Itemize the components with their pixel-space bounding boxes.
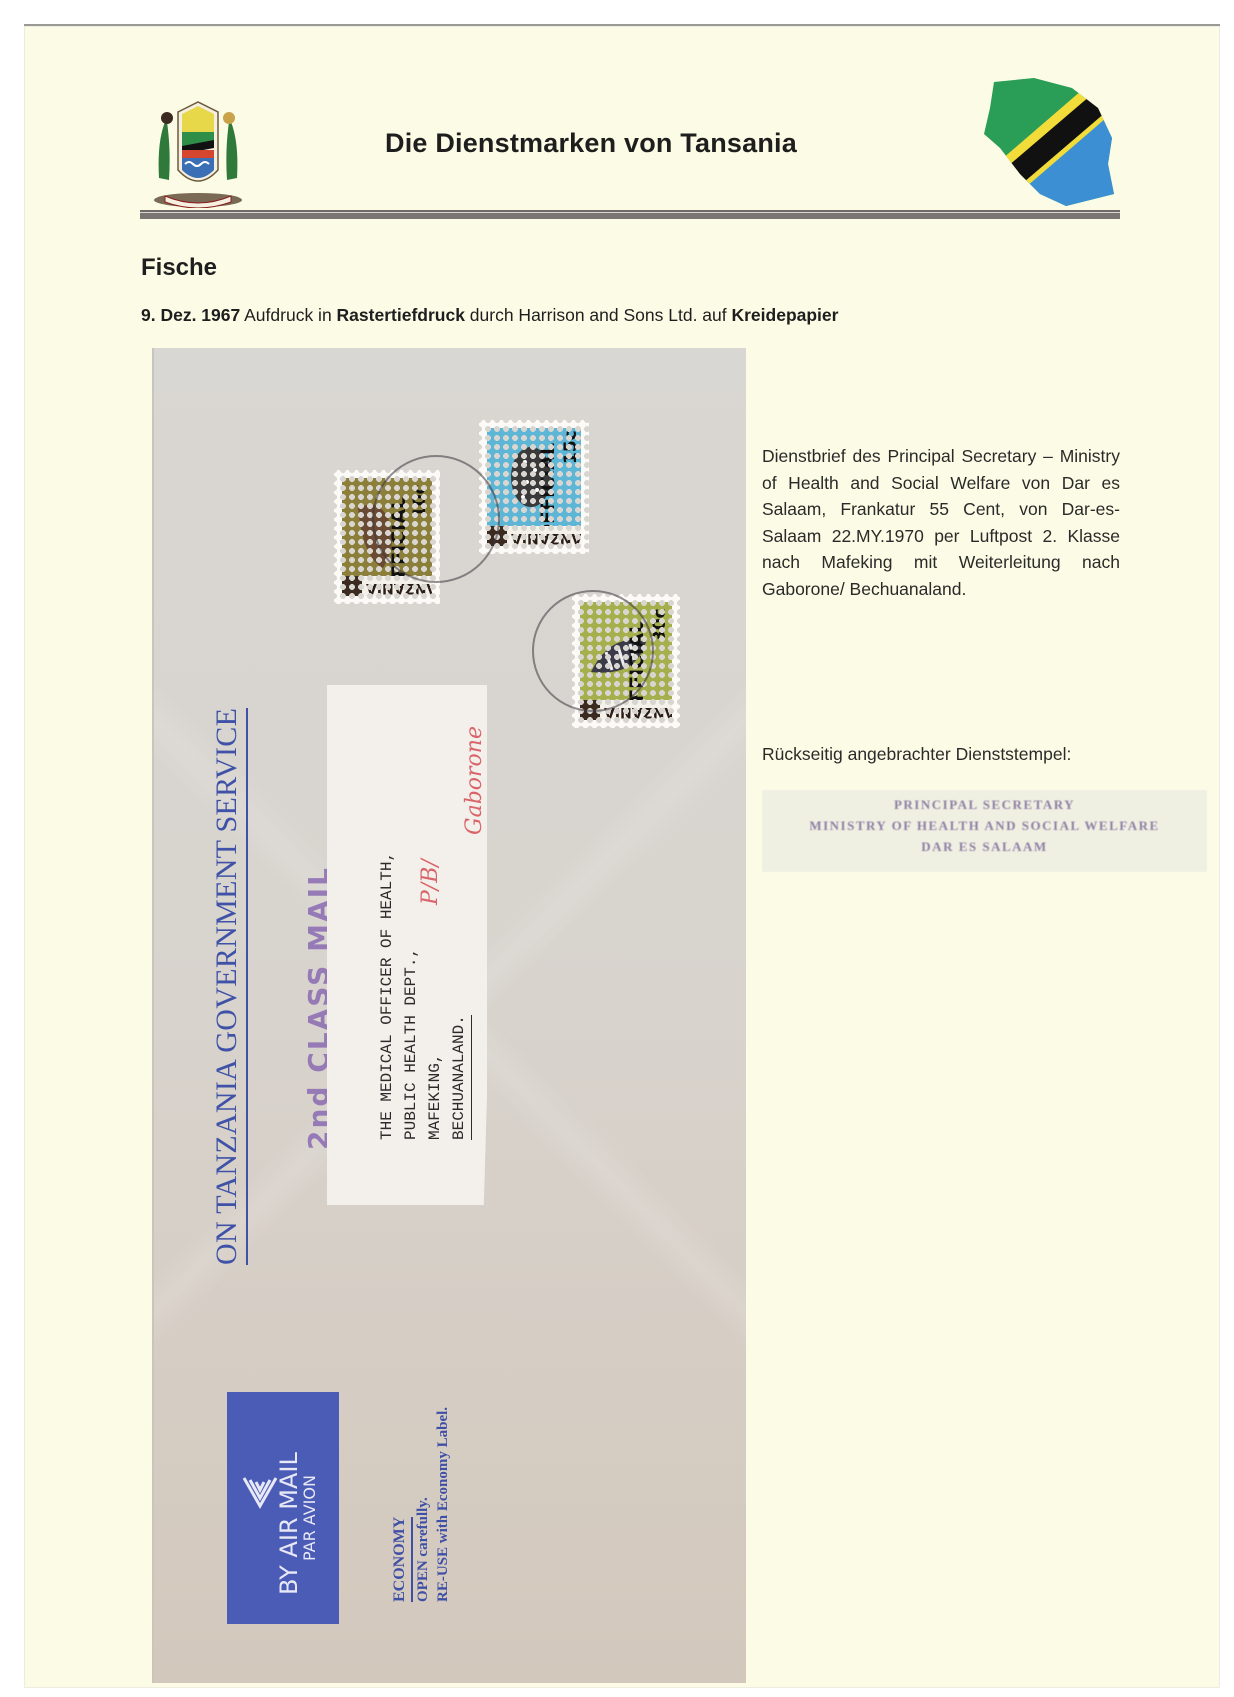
issue-details: 9. Dez. 1967 Aufdruck in Rastertiefdruck… [141,305,838,326]
coat-of-arms-icon [145,100,251,208]
handwritten-gaborone: Gaborone [462,726,487,835]
tanzania-flag-map-icon [980,78,1120,206]
airmail-text: BY AIR MAIL PAR AVION [277,1452,319,1595]
handwritten-pb: P/B/ [418,859,443,905]
backstamp-label: Rückseitig angebrachter Dienststempel: [762,744,1071,765]
wings-icon [240,1472,280,1512]
postmark [532,590,654,712]
postmark [372,455,500,583]
backstamp-image: PRINCIPAL SECRETARY MINISTRY OF HEALTH A… [762,790,1207,872]
cover-description: Dienstbrief des Principal Secretary – Mi… [762,443,1120,602]
section-heading: Fische [141,254,217,282]
paper-type: Kreidepapier [731,305,838,325]
print-method: Rastertiefdruck [337,305,465,325]
page-title: Die Dienstmarken von Tansania [385,128,797,159]
economy-notice: ECONOMY OPEN carefully. RE-USE with Econ… [390,1407,453,1602]
issue-date: 9. Dez. 1967 [141,305,240,325]
header-divider [140,210,1120,219]
envelope-service-heading: ON TANZANIA GOVERNMENT SERVICE [210,708,248,1265]
